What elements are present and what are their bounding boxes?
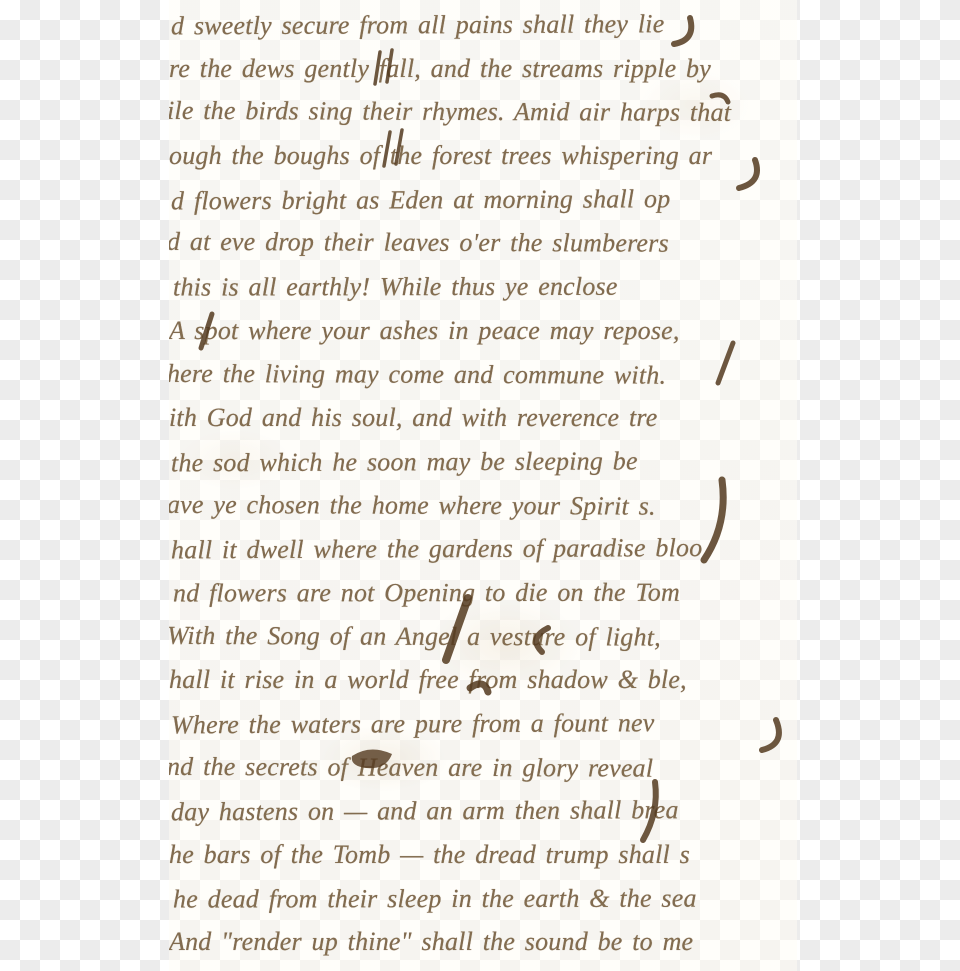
manuscript-line: he bars of the Tomb — the dread trump sh… — [169, 833, 797, 877]
manuscript-line: With the Song of an Angel a vesture of l… — [169, 614, 795, 660]
manuscript-line: d at eve drop their leaves o'er the slum… — [169, 220, 795, 266]
manuscript-line: A spot where your ashes in peace may rep… — [169, 309, 797, 353]
manuscript-line: here the living may come and commune wit… — [169, 351, 795, 397]
manuscript-line: ile the birds sing their rhymes. Amid ai… — [169, 89, 795, 135]
manuscript-line: day hastens on — and an arm then shall b… — [171, 788, 797, 834]
manuscript-line: re the dews gently fall, and the streams… — [169, 47, 797, 91]
manuscript-line: d flowers bright as Eden at morning shal… — [171, 176, 797, 222]
manuscript-page: d sweetly secure from all pains shall th… — [169, 0, 797, 971]
manuscript-line: And "render up thine" shall the sound be… — [169, 920, 797, 964]
manuscript-line: he dead from their sleep in the earth & … — [173, 876, 797, 921]
manuscript-line: hall it rise in a world free from shadow… — [169, 658, 797, 702]
manuscript-line: ave ye chosen the home where your Spirit… — [169, 482, 795, 528]
manuscript-line: ough the boughs of the forest trees whis… — [169, 134, 797, 178]
manuscript-line: Where the waters are pure from a fount n… — [171, 701, 797, 747]
manuscript-line: d sweetly secure from all pains shall th… — [171, 2, 797, 48]
manuscript-line: this is all earthly! While thus ye enclo… — [173, 265, 797, 310]
manuscript-line: nd the secrets of Heaven are in glory re… — [169, 745, 795, 791]
manuscript-line: ith God and his soul, and with reverence… — [169, 396, 797, 440]
manuscript-line: hall it dwell where the gardens of parad… — [171, 526, 797, 572]
transparency-checkerboard: d sweetly secure from all pains shall th… — [0, 0, 960, 971]
manuscript-line: nd flowers are not Opening to die on the… — [173, 570, 797, 615]
manuscript-line: the sod which he soon may be sleeping be — [171, 439, 797, 485]
